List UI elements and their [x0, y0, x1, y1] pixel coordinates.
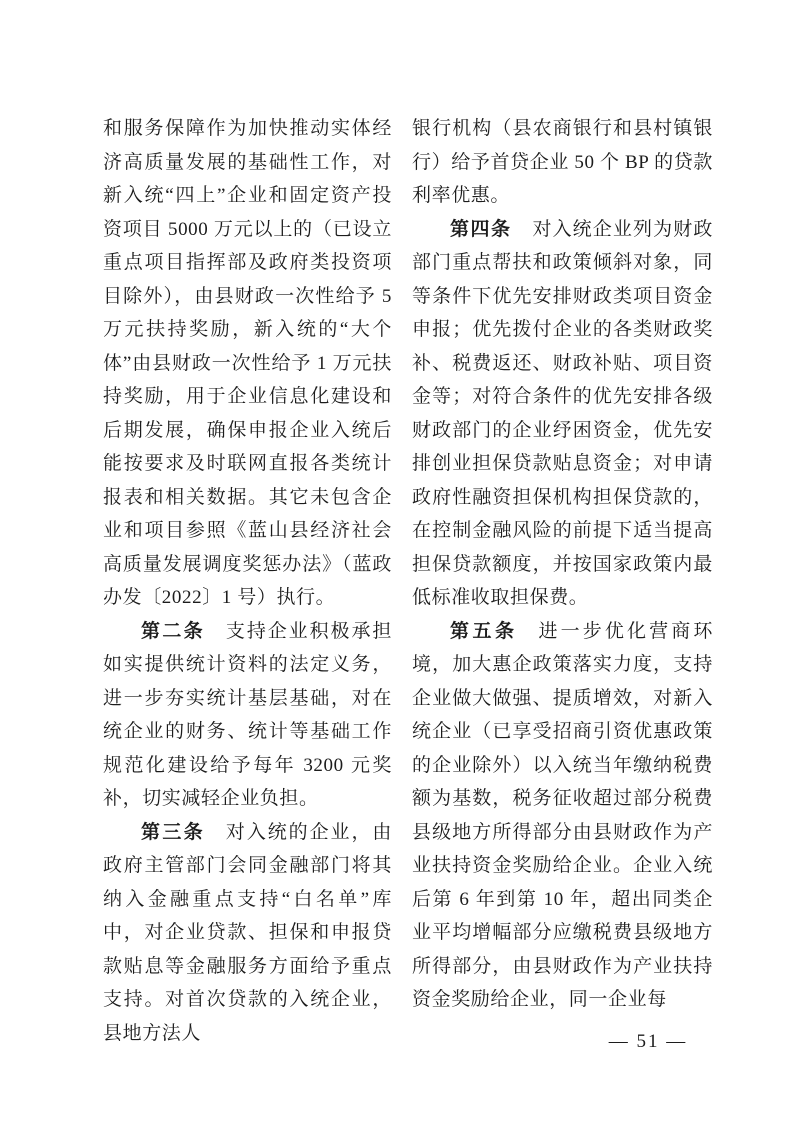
paragraph-text: 银行机构（县农商银行和县村镇银行）给予首贷企业 50 个 BP 的贷款利率优惠。: [412, 118, 713, 206]
article-5-text: 进一步优化营商环境，加大惠企政策落实力度，支持企业做大做强、提质增效，对新入统企…: [412, 621, 713, 1011]
paragraph-text: 和服务保障作为加快推动实体经济高质量发展的基础性工作，对新入统“四上”企业和固定…: [103, 118, 392, 608]
paragraph-article-2: 第二条支持企业积极承担如实提供统计资料的法定义务，进一步夯实统计基层基础，对在统…: [103, 615, 392, 816]
text-column-left: 和服务保障作为加快推动实体经济高质量发展的基础性工作，对新入统“四上”企业和固定…: [103, 112, 392, 1050]
article-4-text: 对入统企业列为财政部门重点帮扶和政策倾斜对象，同等条件下优先安排财政类项目资金申…: [412, 219, 713, 609]
article-3-text: 对入统的企业，由政府主管部门会同金融部门将其纳入金融重点支持“白名单”库中，对企…: [103, 822, 392, 1044]
article-4-heading: 第四条: [450, 219, 512, 240]
page-number: — 51 —: [592, 1031, 704, 1053]
article-3-heading: 第三条: [141, 822, 205, 843]
paragraph-article-3: 第三条对入统的企业，由政府主管部门会同金融部门将其纳入金融重点支持“白名单”库中…: [103, 816, 392, 1051]
text-column-right: 银行机构（县农商银行和县村镇银行）给予首贷企业 50 个 BP 的贷款利率优惠。…: [412, 112, 713, 1017]
paragraph-article-5: 第五条进一步优化营商环境，加大惠企政策落实力度，支持企业做大做强、提质增效，对新…: [412, 615, 713, 1017]
document-page: 和服务保障作为加快推动实体经济高质量发展的基础性工作，对新入统“四上”企业和固定…: [0, 0, 793, 1122]
paragraph-article-4: 第四条对入统企业列为财政部门重点帮扶和政策倾斜对象，同等条件下优先安排财政类项目…: [412, 213, 713, 615]
article-2-heading: 第二条: [141, 621, 205, 642]
article-2-text: 支持企业积极承担如实提供统计资料的法定义务，进一步夯实统计基层基础，对在统企业的…: [103, 621, 392, 810]
paragraph-continued: 和服务保障作为加快推动实体经济高质量发展的基础性工作，对新入统“四上”企业和固定…: [103, 112, 392, 615]
paragraph-continued: 银行机构（县农商银行和县村镇银行）给予首贷企业 50 个 BP 的贷款利率优惠。: [412, 112, 713, 213]
article-5-heading: 第五条: [450, 621, 518, 642]
